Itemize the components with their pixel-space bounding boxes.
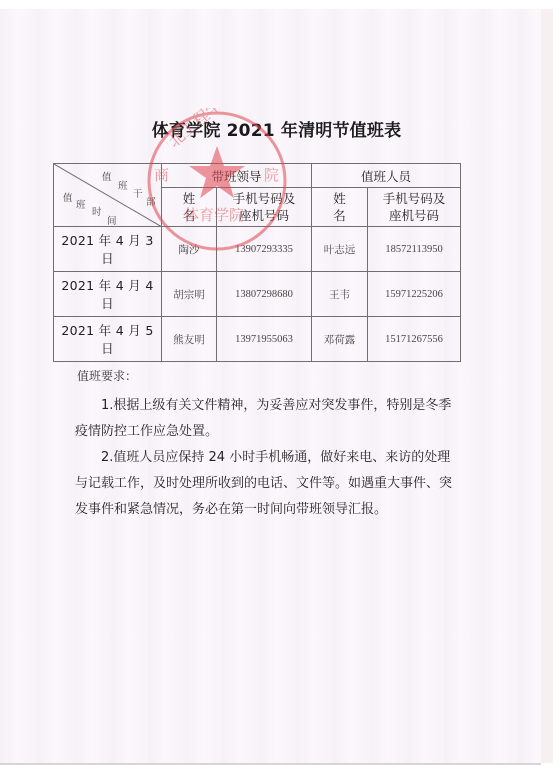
duty-date: 2021 年 4 月 3 日 [54, 227, 162, 272]
duty-date: 2021 年 4 月 4 日 [54, 272, 162, 317]
leader-phone: 13907293335 [217, 227, 312, 272]
leader-name: 胡宗明 [162, 272, 217, 317]
duty-date: 2021 年 4 月 5 日 [54, 317, 162, 362]
document-title: 体育学院 2021 年清明节值班表 [0, 116, 553, 141]
leader-phone-header: 手机号码及 座机号码 [217, 188, 312, 227]
leader-name-header: 姓 名 [162, 188, 217, 227]
table-row: 2021 年 4 月 5 日 熊友明 13971955063 邓荷露 15171… [54, 317, 461, 362]
staff-phone-header-line2: 座机号码 [368, 207, 460, 224]
staff-name: 王韦 [312, 272, 368, 317]
requirements-heading: 值班要求： [77, 367, 457, 384]
duty-schedule-table: 值 班 干 部 值 班 时 间 带班领导 值班人员 姓 名 手机号码及 座机号码… [53, 163, 461, 362]
corner-label-char: 班 [76, 197, 86, 211]
staff-phone: 18572113950 [368, 227, 461, 272]
table-header-row-groups: 值 班 干 部 值 班 时 间 带班领导 值班人员 [54, 164, 461, 188]
page-bottom-edge [0, 763, 541, 765]
leader-phone: 13807298680 [217, 272, 312, 317]
leader-group-header: 带班领导 [162, 164, 312, 188]
corner-label-char: 值 [102, 169, 112, 183]
staff-group-header: 值班人员 [312, 164, 461, 188]
corner-label-char: 班 [118, 178, 128, 192]
leader-phone-header-line1: 手机号码及 [217, 190, 311, 207]
staff-phone: 15971225206 [368, 272, 461, 317]
staff-phone-header-line1: 手机号码及 [368, 190, 460, 207]
duty-requirements: 值班要求： 1.根据上级有关文件精神，为妥善应对突发事件，特别是冬季疫情防控工作… [77, 367, 457, 523]
corner-label-char: 部 [146, 194, 156, 208]
staff-name: 叶志远 [312, 227, 368, 272]
requirement-item: 1.根据上级有关文件精神，为妥善应对突发事件，特别是冬季疫情防控工作应急处置。 [75, 393, 457, 445]
leader-name: 熊友明 [162, 317, 217, 362]
leader-phone: 13971955063 [217, 317, 312, 362]
corner-label-char: 间 [107, 213, 117, 227]
corner-label-char: 值 [63, 190, 73, 204]
table-row: 2021 年 4 月 3 日 陶沙 13907293335 叶志远 185721… [54, 227, 461, 272]
diagonal-header-cell: 值 班 干 部 值 班 时 间 [54, 164, 162, 227]
leader-name: 陶沙 [162, 227, 217, 272]
table-row: 2021 年 4 月 4 日 胡宗明 13807298680 王韦 159712… [54, 272, 461, 317]
staff-name: 邓荷露 [312, 317, 368, 362]
staff-phone-header: 手机号码及 座机号码 [368, 188, 461, 227]
corner-label-char: 干 [133, 186, 143, 200]
corner-label-char: 时 [92, 204, 102, 218]
requirement-item: 2.值班人员应保持 24 小时手机畅通，做好来电、来访的处理与记载工作，及时处理… [75, 445, 457, 523]
staff-phone: 15171267556 [368, 317, 461, 362]
leader-phone-header-line2: 座机号码 [217, 207, 311, 224]
staff-name-header: 姓 名 [312, 188, 368, 227]
